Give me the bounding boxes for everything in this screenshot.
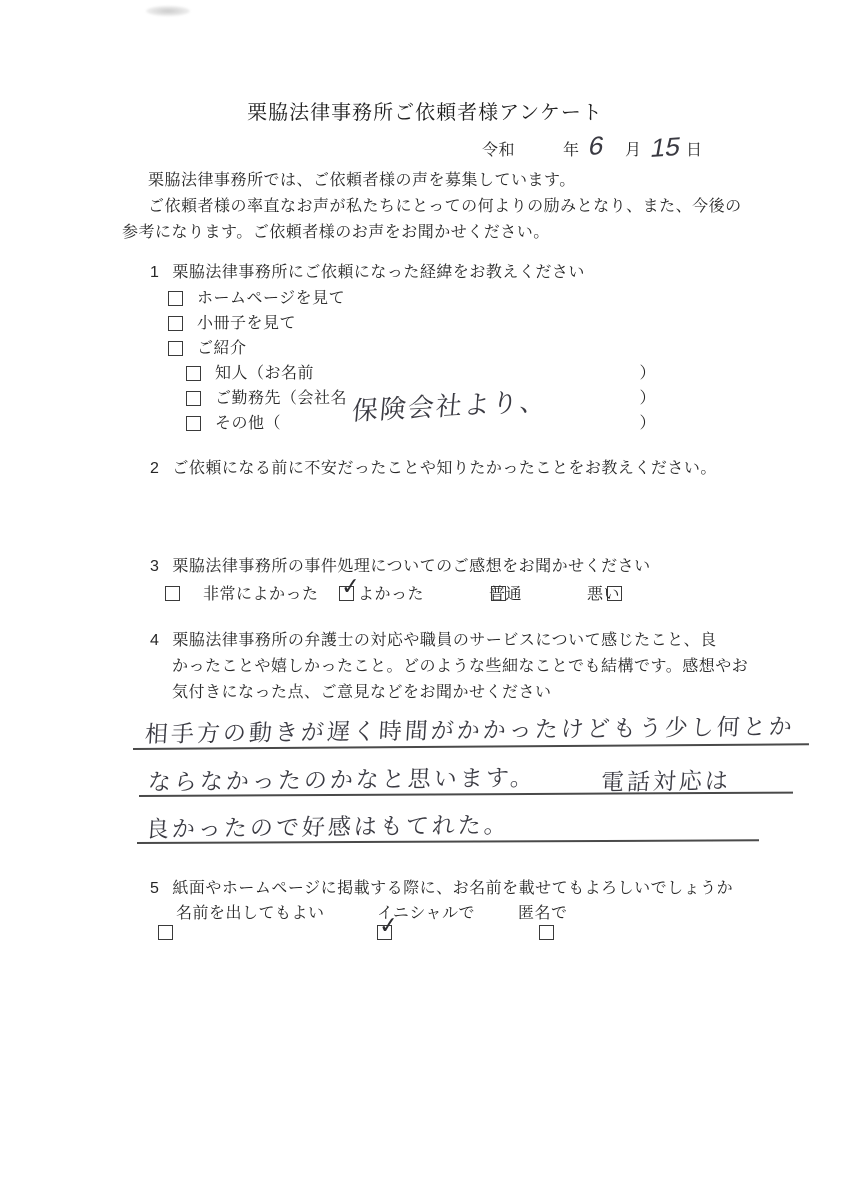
- q4-answer-handwritten-line3: 良かったので好感はもてれた。: [145, 807, 511, 844]
- paren-close: ）: [639, 387, 656, 410]
- month-label: 月: [625, 139, 642, 162]
- question-4-number: 4: [150, 629, 159, 652]
- question-1-text: 栗脇法律事務所にご依頼になった経緯をお教えください: [172, 264, 585, 281]
- question-2-number: 2: [150, 457, 159, 480]
- q1-option-label: ご紹介: [197, 337, 247, 360]
- checkbox[interactable]: ✓: [186, 366, 201, 381]
- month-value-handwritten: 6: [586, 130, 606, 162]
- question-5-text: 紙面やホームページに掲載する際に、お名前を載せてもよろしいでしょうか: [172, 880, 733, 897]
- question-4-text-line3: 気付きになった点、ご意見などをお聞かせください: [172, 681, 552, 704]
- question-1-heading: 1栗脇法律事務所にご依頼になった経緯をお教えください: [150, 261, 585, 284]
- checkbox[interactable]: ✓: [339, 586, 354, 601]
- q3-option-label-normal: 普通: [489, 583, 522, 606]
- checkbox[interactable]: ✓: [186, 416, 201, 431]
- day-value-handwritten: 15: [648, 131, 683, 164]
- question-3-heading: 3栗脇法律事務所の事件処理についてのご感想をお聞かせください: [150, 555, 651, 578]
- question-4-text-line1: 栗脇法律事務所の弁護士の対応や職員のサービスについて感じたこと、良: [172, 632, 716, 649]
- checkbox[interactable]: ✓: [165, 586, 180, 601]
- q1-option-referral: ✓ ご紹介: [168, 337, 247, 360]
- scanned-survey-document: 栗脇法律事務所ご依頼者様アンケート 令和 年 6 月 15 日 栗脇法律事務所で…: [0, 0, 850, 1202]
- q1-sub-option-label: その他（: [215, 412, 281, 435]
- q4-answer-handwritten-line1: 相手方の動きが遅く時間がかかったけどもう少し何とか: [144, 708, 796, 749]
- intro-line-2: ご依頼者様の率直なお声が私たちにとっての何よりの励みとなり、また、今後の: [148, 195, 742, 218]
- q3-option-label-very-good: 非常によかった: [203, 583, 319, 606]
- paren-close: ）: [639, 412, 656, 435]
- question-5-number: 5: [150, 877, 159, 900]
- q1-sub-option-acquaintance: ✓ 知人（お名前 ）: [186, 362, 656, 385]
- intro-line-3: 参考になります。ご依頼者様のお声をお聞かせください。: [122, 221, 550, 244]
- checkbox[interactable]: ✓: [539, 925, 554, 940]
- q1-option-label: 小冊子を見て: [197, 312, 296, 335]
- checkbox[interactable]: ✓: [168, 316, 183, 331]
- day-label: 日: [686, 139, 703, 162]
- q5-option-label-anonymous: 匿名で: [518, 902, 568, 925]
- q5-options-row: ✓ 名前を出してもよい ✓ イニシャルで ✓ 匿名で: [0, 20, 850, 40]
- year-label: 年: [563, 139, 580, 162]
- q5-option-label-initials: イニシャルで: [377, 902, 475, 925]
- q1-option-label: ホームページを見て: [197, 287, 345, 310]
- q3-option-label-bad: 悪い: [587, 583, 620, 606]
- question-2-heading: 2ご依頼になる前に不安だったことや知りたかったことをお教えください。: [150, 457, 717, 480]
- checkbox[interactable]: ✓: [158, 925, 173, 940]
- page-title: 栗脇法律事務所ご依頼者様アンケート: [0, 96, 850, 125]
- question-4-heading: 4栗脇法律事務所の弁護士の対応や職員のサービスについて感じたこと、良: [150, 629, 717, 652]
- question-3-text: 栗脇法律事務所の事件処理についてのご感想をお聞かせください: [172, 558, 650, 575]
- q1-sub-option-other: ✓ その他（ 保険会社より、 ）: [186, 412, 656, 435]
- checkbox[interactable]: ✓: [168, 291, 183, 306]
- q4-answer-line2-part1: ならなかったのかなと思います。: [147, 759, 537, 797]
- q1-other-handwritten-value: 保険会社より、: [351, 390, 549, 423]
- question-2-text: ご依頼になる前に不安だったことや知りたかったことをお教えください。: [172, 460, 717, 477]
- question-5-heading: 5紙面やホームページに掲載する際に、お名前を載せてもよろしいでしょうか: [150, 877, 733, 900]
- checkbox[interactable]: ✓: [186, 391, 201, 406]
- era-label: 令和: [482, 139, 515, 162]
- paren-close: ）: [639, 362, 656, 385]
- question-1-number: 1: [150, 261, 159, 284]
- q3-options-row: ✓ 非常によかった ✓ よかった ✓ 普通 ✓ 悪い: [0, 0, 850, 20]
- checkbox[interactable]: ✓: [168, 341, 183, 356]
- q1-sub-option-label: 知人（お名前: [215, 362, 314, 385]
- intro-line-1: 栗脇法律事務所では、ご依頼者様の声を募集しています。: [148, 169, 576, 192]
- q3-option-label-good: よかった: [358, 583, 424, 606]
- checkbox[interactable]: ✓: [377, 925, 392, 940]
- scan-smudge: [146, 6, 190, 16]
- q1-option-booklet: ✓ 小冊子を見て: [168, 312, 296, 335]
- q1-option-homepage: ✓ ホームページを見て: [168, 287, 345, 310]
- q5-option-label-real-name: 名前を出してもよい: [176, 902, 325, 925]
- q1-sub-option-label: ご勤務先（会社名: [215, 387, 347, 410]
- question-3-number: 3: [150, 555, 159, 578]
- question-4-text-line2: かったことや嬉しかったこと。どのような些細なことでも結構です。感想やお: [172, 655, 748, 678]
